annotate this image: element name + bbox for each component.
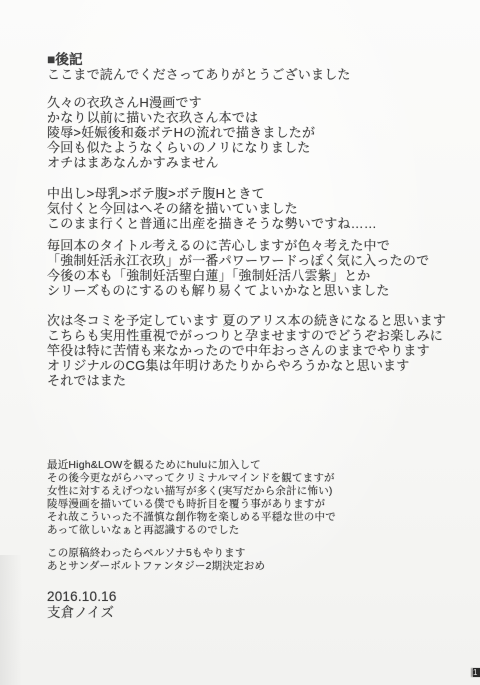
text-line: 陵辱漫画を描いている僕でも時折目を覆う事がありますが (47, 498, 336, 511)
text-line: シリーズものにするのも解り易くてよいかなと思いました (47, 283, 429, 298)
text-line: 今後の本も「強制妊活聖白蓮」「強制妊活八雲紫」とか (47, 268, 429, 283)
paragraph-title-naming: 毎回本のタイトル考えるのに苦心しますが色々考えた中で 「強制妊活永江衣玖」が一番… (47, 238, 429, 298)
text-line: それ故こういった不謹慎な創作物を楽しめる平穏な世の中で (47, 511, 336, 524)
text-line: オチはまあなんかすみません (47, 155, 315, 170)
text-line: 陵辱>妊娠後和姦ボテHの流れで描きましたが (47, 125, 315, 140)
paragraph-progression: 中出し>母乳>ボテ腹>ボテ腹Hときて 気付くと今回はへその緒を描いていました こ… (47, 186, 377, 231)
text-line: オリジナルのCG集は年明けあたりからやろうかなと思います (47, 358, 446, 373)
text-line: 竿役は特に苦情も来なかったので中年おっさんのままでやります (47, 343, 446, 358)
afterword-page: ■後記 ここまで読んでくださってありがとうございました 久々の衣玖さんH漫画です… (0, 0, 480, 685)
author-signature: 支倉ノイズ (47, 605, 117, 621)
postscript-block: この原稿終わったらペルソナ5もやります あとサンダーボルトファンタジー2期決定お… (47, 547, 265, 573)
text-line: 女性に対するえげつない描写が多く(実写だから余計に怖い) (47, 485, 336, 498)
paragraph-ikusan: 久々の衣玖さんH漫画です かなり以前に描いた衣玖さん本では 陵辱>妊娠後和姦ボテ… (47, 95, 315, 170)
text-line: かなり以前に描いた衣玖さん本では (47, 110, 315, 125)
text-line: あとサンダーボルトファンタジー2期決定おめ (47, 560, 265, 573)
text-line: 毎回本のタイトル考えるのに苦心しますが色々考えた中で (47, 238, 429, 253)
text-line: 気付くと今回はへその緒を描いていました (47, 201, 377, 216)
text-line: 久々の衣玖さんH漫画です (47, 95, 315, 110)
scan-edge-shading (0, 555, 22, 685)
thanks-line: ここまで読んでくださってありがとうございました (47, 67, 351, 82)
afterword-header-block: ■後記 ここまで読んでくださってありがとうございました (47, 52, 351, 82)
text-line: あって欲しいなぁと再認識するのでした (47, 524, 336, 537)
notes-hulu-block: 最近High&LOWを観るためにhuluに加入して その後今更ながらハマってクリ… (47, 459, 336, 537)
text-line: このまま行くと普通に出産を描きそうな勢いですね…… (47, 216, 377, 231)
text-line: こちらも実用性重視でがっつりと孕ませますのでどうぞお楽しみに (47, 328, 446, 343)
text-line: それではまた (47, 373, 446, 388)
text-line: この原稿終わったらペルソナ5もやります (47, 547, 265, 560)
text-line: 最近High&LOWを観るためにhuluに加入して (47, 459, 336, 472)
afterword-heading: ■後記 (47, 52, 351, 67)
text-line: 「強制妊活永江衣玖」が一番パワーワードっぽく気に入ったので (47, 253, 429, 268)
date: 2016.10.16 (47, 589, 117, 605)
text-line: 今回も似たようなくらいのノリになりました (47, 140, 315, 155)
page-number-fragment: 1 (473, 668, 480, 677)
signoff-block: 2016.10.16 支倉ノイズ (47, 589, 117, 620)
text-line: 中出し>母乳>ボテ腹>ボテ腹Hときて (47, 186, 377, 201)
text-line: 次は冬コミを予定しています 夏のアリス本の続きになると思います (47, 313, 446, 328)
text-line: その後今更ながらハマってクリミナルマインドを観てますが (47, 472, 336, 485)
paragraph-next-plans: 次は冬コミを予定しています 夏のアリス本の続きになると思います こちらも実用性重… (47, 313, 446, 388)
